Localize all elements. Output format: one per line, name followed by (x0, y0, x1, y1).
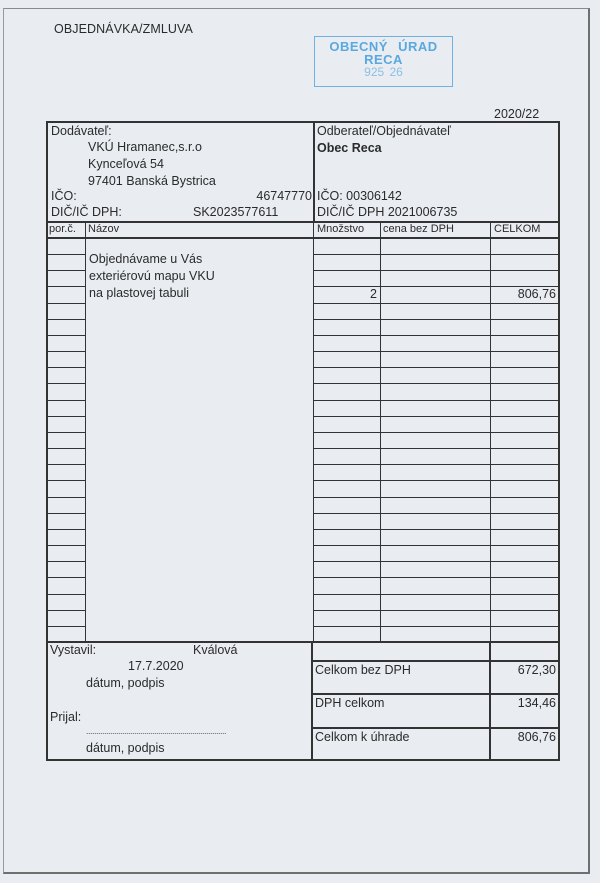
customer-box: Odberateľ/Objednávateľ Obec Reca IČO: 00… (313, 121, 560, 223)
issued-by: Kválová (193, 643, 237, 657)
supplier-box: Dodávateľ: VKÚ Hramanec,s.r.o Kynceľová … (46, 121, 315, 223)
supplier-dic-value: SK2023577611 (193, 205, 278, 219)
supplier-label: Dodávateľ: (51, 124, 112, 138)
issued-label: Vystavil: (50, 643, 96, 657)
subtotal-value: 672,30 (518, 663, 556, 677)
customer-label: Odberateľ/Objednávateľ (317, 124, 451, 138)
subtotal-label: Celkom bez DPH (315, 663, 411, 677)
document-title: OBJEDNÁVKA/ZMLUVA (54, 22, 193, 36)
office-stamp: OBECNÝ ÚRAD RECA 925 26 (314, 36, 453, 87)
supplier-ico-label: IČO: (51, 189, 77, 203)
supplier-street: Kynceľová 54 (88, 157, 164, 171)
vat-label: DPH celkom (315, 696, 384, 710)
received-label: Prijal: (50, 710, 81, 724)
signature-line: ........................................… (86, 726, 226, 736)
supplier-ico-value: 46747770 (256, 189, 312, 203)
customer-name: Obec Reca (317, 141, 382, 155)
date-sign-label-1: dátum, podpis (86, 676, 165, 690)
stamp-line-3: 925 26 (315, 66, 452, 79)
signatures-box: Vystavil: Kválová 17.7.2020 dátum, podpi… (46, 641, 313, 761)
issued-date: 17.7.2020 (128, 659, 184, 673)
total-label: Celkom k úhrade (315, 730, 410, 744)
date-sign-label-2: dátum, podpis (86, 741, 165, 755)
supplier-city: 97401 Banská Bystrica (88, 174, 216, 188)
customer-ico: IČO: 00306142 (317, 189, 402, 203)
total-value: 806,76 (518, 730, 556, 744)
vat-value: 134,46 (518, 696, 556, 710)
customer-dic: DIČ/IČ DPH 2021006735 (317, 205, 457, 219)
summary-box: Celkom bez DPH 672,30 DPH celkom 134,46 … (312, 641, 560, 761)
supplier-dic-label: DIČ/IČ DPH: (51, 205, 122, 219)
order-number: 2020/22 (494, 107, 539, 121)
supplier-name: VKÚ Hramanec,s.r.o (88, 140, 202, 154)
